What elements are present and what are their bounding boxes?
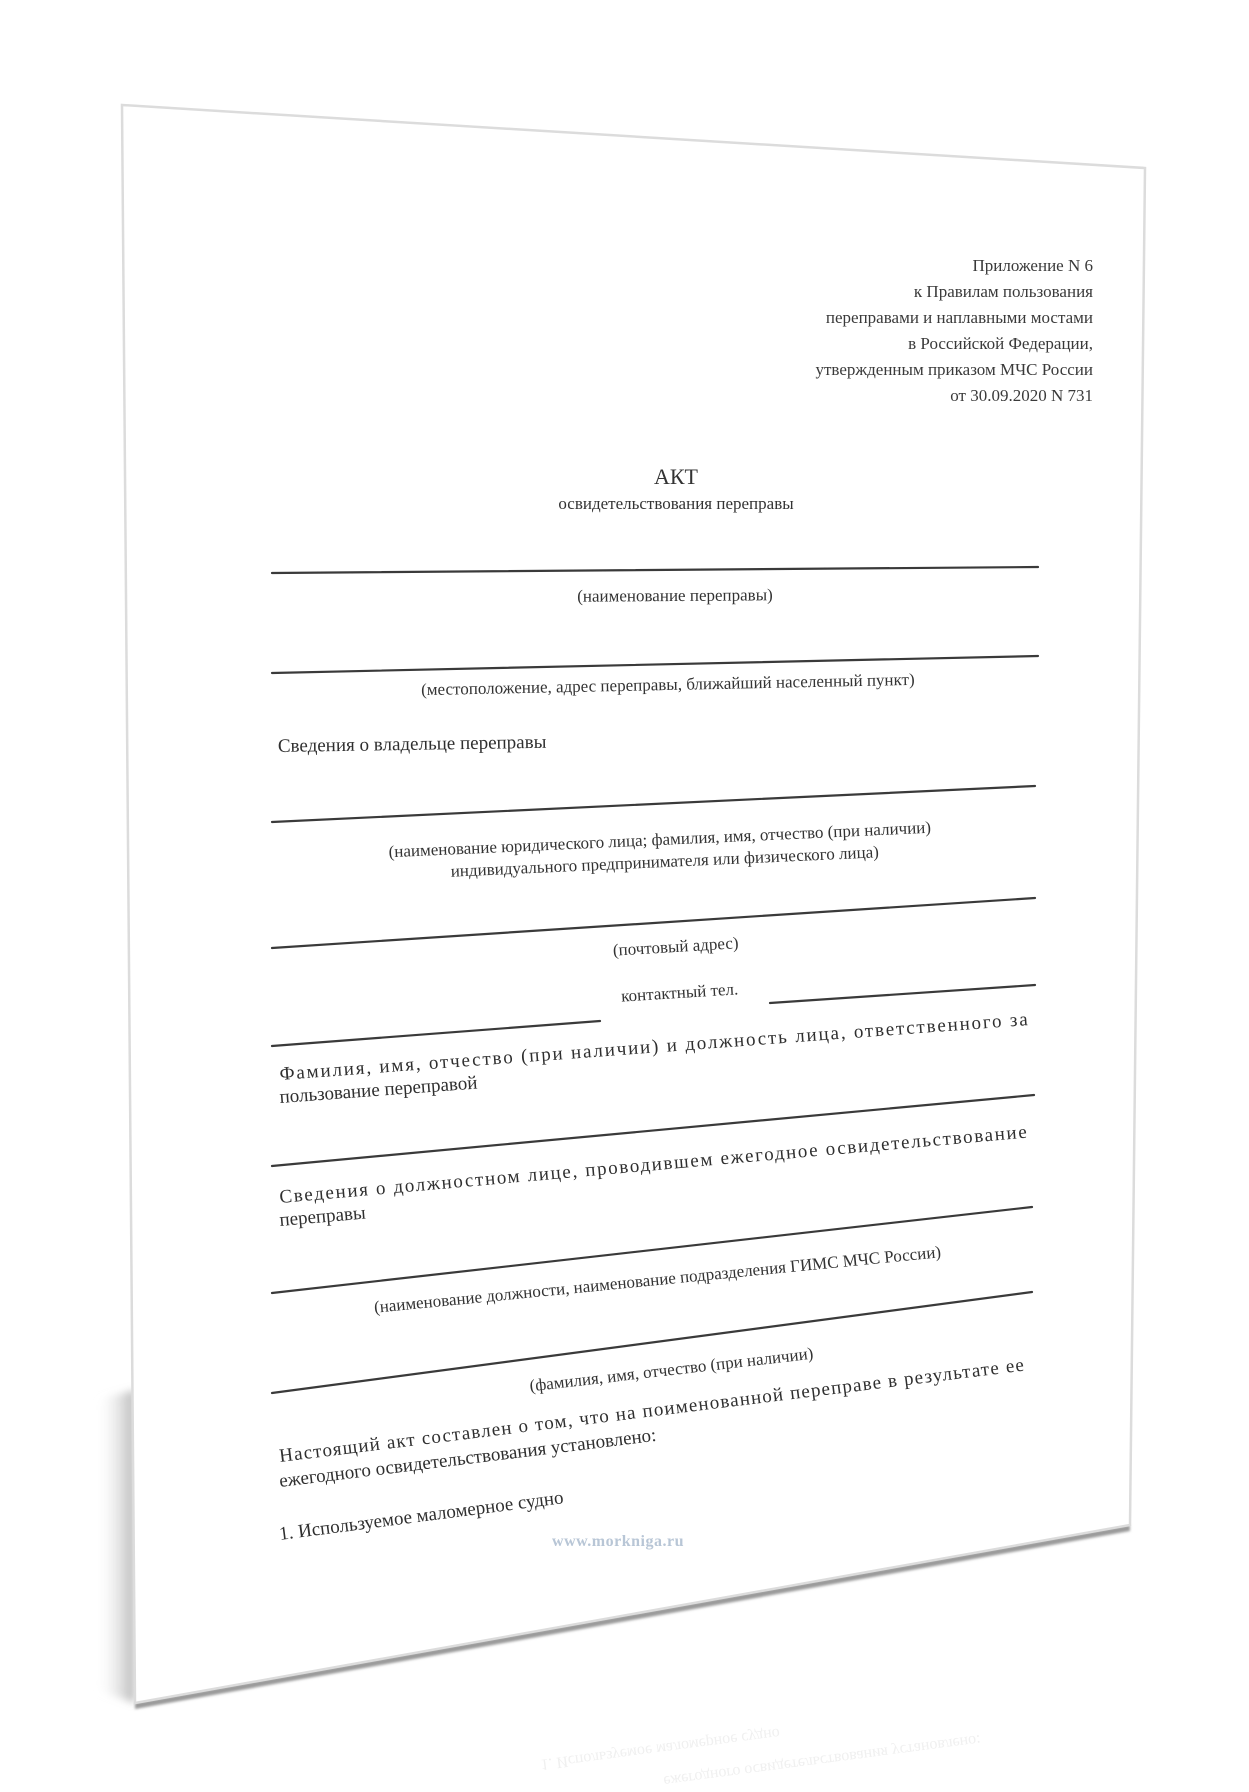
header-line: утвержденным приказом МЧС России	[815, 360, 1093, 379]
watermark: www.morkniga.ru	[552, 1533, 684, 1550]
crossing-name-caption: (наименование переправы)	[577, 585, 773, 605]
header-line: переправами и наплавными мостами	[826, 308, 1093, 327]
document-preview: Приложение N 6 к Правилам пользования пе…	[0, 0, 1249, 1792]
page-reflection: 1. Используемое маломерное судно ежегодн…	[539, 1725, 981, 1790]
header-line: Приложение N 6	[972, 256, 1093, 275]
owner-section-heading: Сведения о владельце переправы	[278, 732, 547, 757]
header-line: в Российской Федерации,	[908, 334, 1093, 353]
document-subtitle: освидетельствования переправы	[558, 494, 794, 513]
header-line: к Правилам пользования	[914, 282, 1093, 301]
header-line: от 30.09.2020 N 731	[950, 386, 1093, 405]
document-title: АКТ	[654, 464, 699, 489]
